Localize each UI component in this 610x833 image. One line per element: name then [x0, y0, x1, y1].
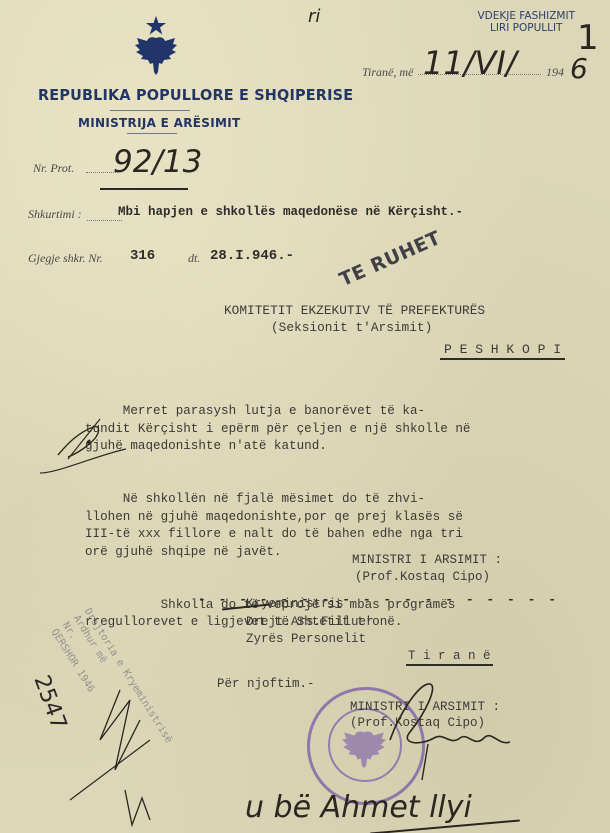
- reference-label: Gjegje shkr. Nr.: [28, 251, 103, 266]
- eagle-emblem-icon: [133, 14, 179, 76]
- archive-stamp: TE RUHET: [336, 227, 444, 291]
- margin-initials-scribble: [38, 415, 128, 477]
- handwritten-mark: ri: [308, 6, 320, 27]
- copies-note: Për njoftim.-: [217, 677, 315, 691]
- subject-dotted-line: [87, 220, 122, 221]
- handwritten-date: 11/VI/: [423, 44, 517, 82]
- protocol-dotted-line: [86, 172, 116, 173]
- addressee-line2: (Seksionit t'Arsimit): [271, 320, 432, 335]
- document-page: REPUBLIKA POPULLORE E SHQIPERISE MINISTR…: [0, 0, 610, 833]
- minister-signature: [330, 672, 530, 782]
- ministry-name: MINISTRIJA E ARËSIMIT: [78, 116, 240, 130]
- letterhead-rule: [110, 110, 190, 111]
- subject-value: Mbi hapjen e shkollës maqedonëse në Kërç…: [118, 205, 463, 219]
- reference-date-label: dt.: [188, 251, 200, 266]
- signature-name: (Prof.Kostaq Cipo): [355, 570, 490, 584]
- handwritten-year: 6: [570, 52, 588, 85]
- country-name: REPUBLIKA POPULLORE E SHQIPERISE: [38, 86, 353, 104]
- year-prefix: 194: [546, 65, 564, 80]
- copies-city: T i r a n ë: [406, 649, 493, 666]
- slogan-line: VDEKJE FASHIZMIT: [477, 10, 575, 22]
- place-label: Tiranë, më: [362, 65, 413, 80]
- handwritten-footer-note: u bë Ahmet llyi: [245, 790, 472, 825]
- reference-number: 316: [130, 248, 155, 264]
- copy-recipient: Zyrës Personelit: [246, 632, 366, 646]
- body-paragraph: Merret parasysh lutja e banorëvet të ka-…: [85, 403, 595, 456]
- reference-date: 28.I.946.-: [210, 248, 294, 264]
- protocol-number: 92/13: [113, 144, 202, 180]
- subject-label: Shkurtimi :: [28, 207, 82, 222]
- protocol-underline: [100, 188, 188, 190]
- body-paragraph: Në shkollën në fjalë mësimet do të zhvi-…: [85, 491, 595, 561]
- slogan-line: LIRI POPULLIT: [477, 22, 575, 34]
- addressee-city: P E S H K O P I: [440, 342, 565, 360]
- letterhead-rule: [127, 133, 177, 134]
- received-initials-scribble: [60, 680, 180, 830]
- signature-title: MINISTRI I ARSIMIT :: [352, 553, 502, 567]
- copy-recipient: Drejt.Ars.Filluer: [246, 615, 374, 629]
- slogan: VDEKJE FASHIZMIT LIRI POPULLIT: [477, 10, 575, 34]
- protocol-label: Nr. Prot.: [33, 161, 74, 176]
- addressee-line1: KOMITETIT EKZEKUTIV TË PREFEKTURËS: [224, 303, 485, 318]
